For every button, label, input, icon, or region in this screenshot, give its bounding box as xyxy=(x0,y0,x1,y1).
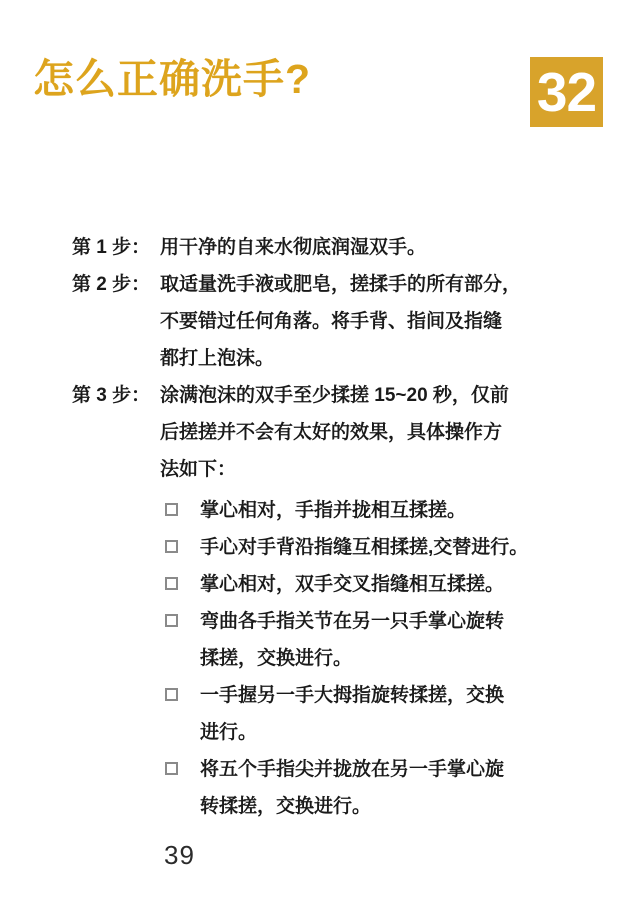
list-item-text: 掌心相对，手指并拢相互揉搓。 xyxy=(200,492,548,529)
page-number: 39 xyxy=(164,840,195,871)
checkbox-icon xyxy=(165,577,178,590)
checkbox-icon xyxy=(165,503,178,516)
list-item-text: 将五个手指尖并拢放在另一手掌心旋 转揉搓，交换进行。 xyxy=(200,751,548,825)
list-item-text: 弯曲各手指关节在另一只手掌心旋转 揉搓，交换进行。 xyxy=(200,603,548,677)
step-text: 用干净的自来水彻底润湿双手。 xyxy=(160,229,552,266)
steps-list: 第 1 步： 用干净的自来水彻底润湿双手。 第 2 步： 取适量洗手液或肥皂，搓… xyxy=(72,229,552,825)
chapter-number-badge: 32 xyxy=(530,57,603,127)
list-item: 手心对手背沿指缝互相揉搓,交替进行。 xyxy=(165,529,552,566)
step-label: 第 1 步： xyxy=(72,229,160,266)
page-title: 怎么正确洗手? xyxy=(33,46,311,105)
step-label: 第 3 步： xyxy=(72,377,160,414)
chapter-number: 32 xyxy=(537,65,596,120)
step-row-1: 第 1 步： 用干净的自来水彻底润湿双手。 xyxy=(72,229,552,266)
list-item: 一手握另一手大拇指旋转揉搓，交换 进行。 xyxy=(165,677,552,751)
sub-item-list: 掌心相对，手指并拢相互揉搓。 手心对手背沿指缝互相揉搓,交替进行。 掌心相对，双… xyxy=(165,492,552,825)
list-item: 将五个手指尖并拢放在另一手掌心旋 转揉搓，交换进行。 xyxy=(165,751,552,825)
step-row-2: 第 2 步： 取适量洗手液或肥皂，搓揉手的所有部分， 不要错过任何角落。将手背、… xyxy=(72,266,552,377)
step-label: 第 2 步： xyxy=(72,266,160,303)
checkbox-icon xyxy=(165,688,178,701)
list-item: 弯曲各手指关节在另一只手掌心旋转 揉搓，交换进行。 xyxy=(165,603,552,677)
checkbox-icon xyxy=(165,540,178,553)
list-item: 掌心相对，手指并拢相互揉搓。 xyxy=(165,492,552,529)
step-text: 取适量洗手液或肥皂，搓揉手的所有部分， 不要错过任何角落。将手背、指间及指缝 都… xyxy=(160,266,552,377)
step-text: 涂满泡沫的双手至少揉搓 15~20 秒，仅前 后搓搓并不会有太好的效果，具体操作… xyxy=(160,377,552,488)
list-item-text: 掌心相对，双手交叉指缝相互揉搓。 xyxy=(200,566,548,603)
list-item: 掌心相对，双手交叉指缝相互揉搓。 xyxy=(165,566,552,603)
list-item-text: 一手握另一手大拇指旋转揉搓，交换 进行。 xyxy=(200,677,548,751)
list-item-text: 手心对手背沿指缝互相揉搓,交替进行。 xyxy=(200,529,548,566)
checkbox-icon xyxy=(165,614,178,627)
step-row-3: 第 3 步： 涂满泡沫的双手至少揉搓 15~20 秒，仅前 后搓搓并不会有太好的… xyxy=(72,377,552,488)
checkbox-icon xyxy=(165,762,178,775)
